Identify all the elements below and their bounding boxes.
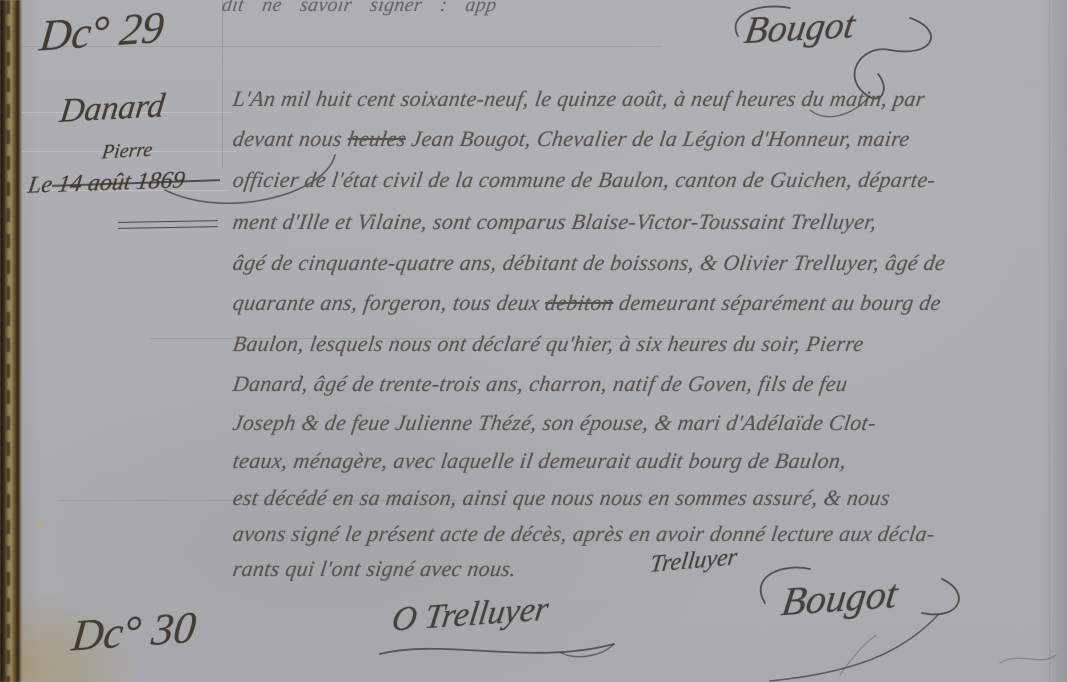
fold-line xyxy=(222,0,223,168)
body-line: âgé de cinquante-quatre ans, débitant de… xyxy=(231,250,1055,276)
line-text: demeurant séparément au bourg de xyxy=(612,290,943,315)
signature-witness-underline-flourish xyxy=(372,636,622,676)
struck-word: debiton xyxy=(544,290,616,315)
line-text: ment d'Ille et Vilaine, sont comparus Bl… xyxy=(231,209,878,234)
body-line: avons signé le présent acte de décès, ap… xyxy=(231,521,1055,547)
signature-mayor-top-flourish xyxy=(720,0,980,140)
date-double-underline xyxy=(118,220,218,229)
line-text: officier de l'état civil de la commune d… xyxy=(231,167,937,192)
line-text: quarante ans, forgeron, tous deux xyxy=(231,290,547,315)
body-line: teaux, ménagère, avec laquelle il demeur… xyxy=(231,448,1055,474)
line-text: avons signé le présent acte de décès, ap… xyxy=(231,521,936,546)
body-line: devant nous heules Jean Bougot, Chevalie… xyxy=(231,126,1055,152)
body-line: officier de l'état civil de la commune d… xyxy=(231,167,1055,193)
signature-mayor-bottom-flourish xyxy=(690,555,1067,682)
deceased-firstname: Pierre xyxy=(101,139,154,165)
line-text: âgé de cinquante-quatre ans, débitant de… xyxy=(231,250,947,275)
act-number-top: Dc° 29 xyxy=(37,1,166,61)
line-text: L'An mil huit cent soixante-neuf, le qui… xyxy=(231,86,926,111)
signature-witness-bottom: O Trelluyer xyxy=(389,590,550,639)
line-text: Jean Bougot, Chevalier de la Légion d'Ho… xyxy=(404,126,911,151)
line-text: rants qui l'ont signé avec nous. xyxy=(231,556,518,581)
body-line: L'An mil huit cent soixante-neuf, le qui… xyxy=(231,86,1055,112)
register-page-scan: Dc° 29 Danard Pierre Le 14 août 1869 Dc°… xyxy=(0,0,1067,682)
line-text: Danard, âgé de trente-trois ans, charron… xyxy=(231,371,849,396)
body-line: quarante ans, forgeron, tous deux debito… xyxy=(231,290,1055,316)
line-text: Baulon, lesquels nous ont déclaré qu'hie… xyxy=(231,331,865,356)
line-text: teaux, ménagère, avec laquelle il demeur… xyxy=(231,448,848,473)
body-line: ment d'Ille et Vilaine, sont comparus Bl… xyxy=(231,209,1055,235)
body-line: Joseph & de feue Julienne Thézé, son épo… xyxy=(231,410,1055,436)
previous-act-fragment: dit ne savoir signer : app xyxy=(220,0,498,17)
body-line: est décédé en sa maison, ainsi que nous … xyxy=(231,485,1055,511)
body-line: Danard, âgé de trente-trois ans, charron… xyxy=(231,371,1055,397)
body-line: Baulon, lesquels nous ont déclaré qu'hie… xyxy=(231,331,1055,357)
binding-edge xyxy=(0,0,22,682)
line-text: Joseph & de feue Julienne Thézé, son épo… xyxy=(231,410,877,435)
struck-word: heules xyxy=(346,126,408,151)
deceased-surname: Danard xyxy=(58,87,167,131)
act-number-bottom: Dc° 30 xyxy=(69,601,198,661)
line-text: devant nous xyxy=(231,126,349,151)
line-text: est décédé en sa maison, ainsi que nous … xyxy=(231,485,891,510)
